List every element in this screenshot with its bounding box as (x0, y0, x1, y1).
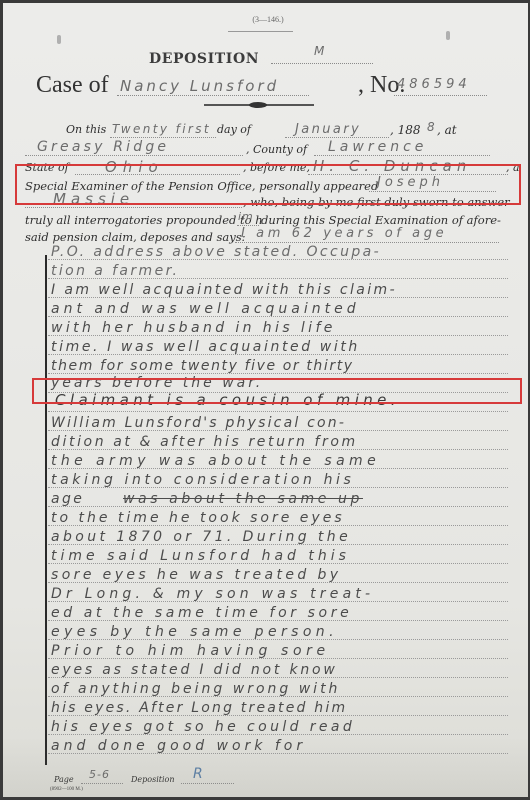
place-value: Greasy Ridge (37, 139, 169, 155)
deponent-last-field: Massie (25, 193, 242, 208)
testimony-line: William Lunsford's physical con- (51, 415, 346, 431)
pronoun-field: im (237, 213, 259, 226)
page-label: Page (54, 775, 74, 784)
page-number: 5-6 (89, 768, 110, 781)
testimony-line: his eyes got so he could read (51, 719, 355, 735)
county-field: Lawrence (314, 140, 490, 156)
deposition-footer-field: R (181, 773, 234, 784)
testimony-line: of anything being wrong with (51, 681, 340, 697)
testimony-line: I am well acquainted with this claim- (51, 282, 397, 298)
county-label: , County of (246, 143, 307, 156)
month-field: January (285, 124, 389, 138)
struck-through-text: was about the same up (123, 491, 363, 507)
testimony-line: with her husband in his life (51, 320, 336, 336)
special-exam-text: during this Special Examination of afore… (261, 213, 501, 227)
ruled-line (48, 411, 508, 412)
page-number-field: 5-6 (81, 773, 123, 784)
testimony-line: time said Lunsford had this (51, 548, 350, 564)
testimony-line: about 1870 or 71. During the (51, 529, 351, 545)
examiner-value: H. C. Duncan (313, 157, 471, 175)
month-value: January (295, 122, 361, 137)
state-value: Ohio (105, 158, 164, 176)
testimony-start: I am 62 years of age (241, 226, 447, 241)
a-label: , a (506, 161, 520, 174)
at-label: , at (437, 123, 457, 137)
deponent-first-field: Joseph (369, 177, 496, 192)
deposition-footer-label: Deposition (131, 775, 175, 784)
testimony-line: time. I was well acquainted with (51, 339, 360, 355)
deponent-last-name: Massie (53, 190, 134, 208)
case-number-field: 486594 (394, 76, 487, 96)
testimony-line: Dr Long. & my son was treat- (51, 586, 374, 602)
punch-hole-right (446, 31, 450, 40)
testimony-line: P.O. address above stated. Occupa- (51, 244, 381, 260)
interrogatories-text: truly all interrogatories propounded to … (25, 213, 263, 227)
testimony-start-field: I am 62 years of age (235, 227, 499, 243)
testimony-line: ant and was well acquainted (51, 301, 360, 317)
testimony-line: eyes as stated I did not know (51, 662, 338, 678)
deposition-letter-field: M (271, 49, 373, 64)
testimony-line: and done good work for (51, 738, 306, 754)
form-number-rule (228, 31, 293, 32)
deposition-letter: M (314, 44, 324, 58)
testimony-line: years before the war. (51, 375, 263, 391)
punch-hole-left (57, 35, 61, 44)
form-number: (3—146.) (3, 15, 528, 24)
testimony-line: sore eyes he was treated by (51, 567, 342, 583)
testimony-line: dition at & after his return from (51, 434, 358, 450)
case-label: Case of (36, 72, 109, 99)
testimony-line: to the time he took sore eyes (51, 510, 345, 526)
preamble-on-this: On this (66, 123, 106, 136)
document-title: DEPOSITION (149, 51, 259, 67)
pronoun-value: im (238, 210, 254, 223)
sworn-text: , who, being by me first duly sworn to a… (243, 195, 510, 209)
state-label: State of (25, 161, 69, 174)
testimony-line: tion a farmer. (51, 263, 179, 279)
testimony-line: taking into consideration his (51, 472, 354, 488)
day-field: Twenty first (110, 124, 216, 138)
county-value: Lawrence (328, 139, 427, 155)
testimony-line: his eyes. After Long treated him (51, 700, 347, 716)
case-number: 486594 (397, 77, 471, 92)
place-field: Greasy Ridge (25, 140, 243, 156)
claimant-name: Nancy Lunsford (120, 77, 279, 95)
print-code: (8902—100 M.) (50, 787, 83, 792)
day-of-label: day of (217, 123, 251, 136)
header-ornament (204, 104, 314, 106)
testimony-line: the army was about the same (51, 453, 380, 469)
deposition-page: (3—146.) DEPOSITION M Case of Nancy Luns… (3, 3, 528, 797)
margin-rule (45, 255, 47, 765)
day-value: Twenty first (112, 122, 211, 136)
claimant-name-field: Nancy Lunsford (117, 76, 309, 96)
testimony-line: Prior to him having sore (51, 643, 330, 659)
testimony-line: eyes by the same person. (51, 624, 338, 640)
deposes-text: said pension claim, deposes and says: (25, 230, 246, 244)
testimony-line: age (51, 491, 84, 507)
examiner-field: H. C. Duncan (308, 159, 508, 175)
deponent-first-name: Joseph (377, 175, 444, 190)
year-suffix: 8 (427, 120, 435, 134)
testimony-line: ed at the same time for sore (51, 605, 352, 621)
testimony-line-claimant-relation: Claimant is a cousin of mine. (55, 391, 400, 409)
state-field: Ohio (75, 159, 240, 175)
testimony-line: them for some twenty five or thirty (51, 358, 354, 374)
before-me-label: , before me, (243, 161, 310, 174)
year-prefix: , 188 (390, 123, 421, 137)
deposition-footer-value: R (193, 766, 203, 782)
